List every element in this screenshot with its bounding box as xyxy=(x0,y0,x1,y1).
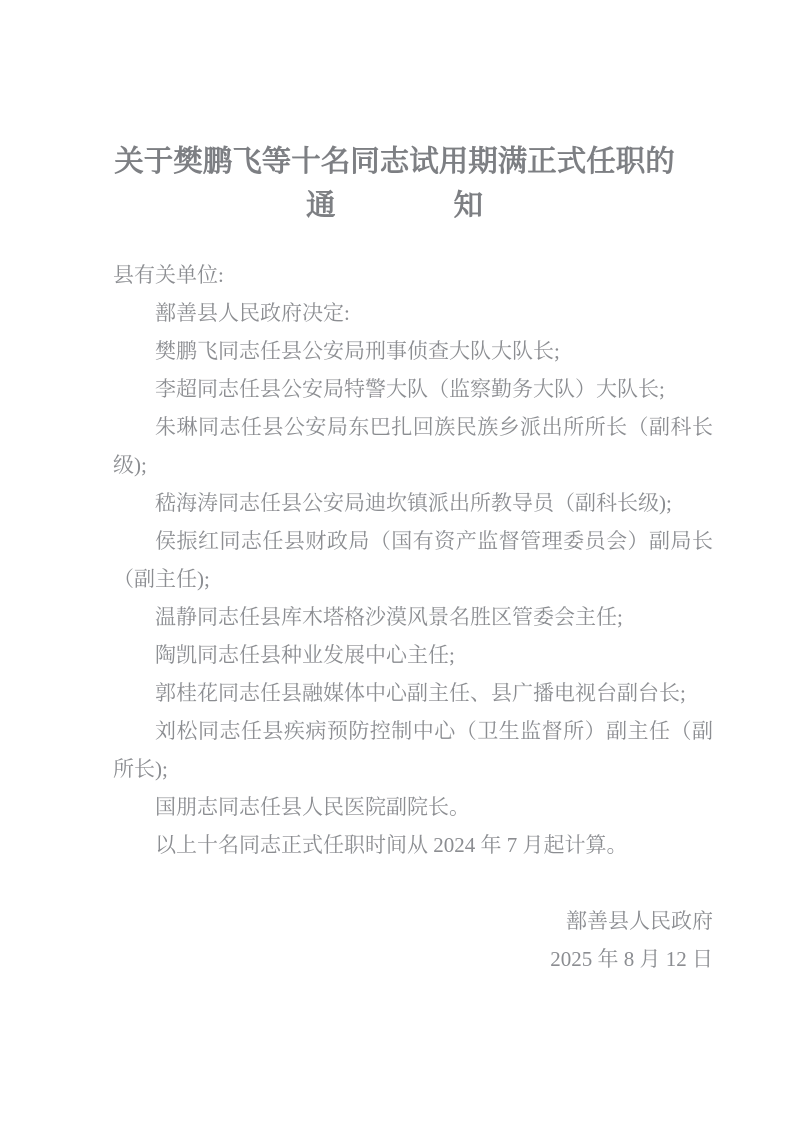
issue-date: 2025 年 8 月 12 日 xyxy=(113,940,713,978)
appointment-line: 郭桂花同志任县融媒体中心副主任、县广播电视台副台长; xyxy=(113,674,713,712)
appointment-line: 陶凯同志任县种业发展中心主任; xyxy=(113,636,713,674)
intro-line: 鄯善县人民政府决定: xyxy=(113,294,713,332)
notice-title-line-1: 关于樊鹏飞等十名同志试用期满正式任职的 xyxy=(0,140,789,184)
notice-body: 县有关单位: 鄯善县人民政府决定: 樊鹏飞同志任县公安局刑事侦查大队大队长; 李… xyxy=(113,256,713,978)
appointment-line: 刘松同志任县疾病预防控制中心（卫生监督所）副主任（副所长); xyxy=(113,712,713,788)
closing-line: 以上十名同志正式任职时间从 2024 年 7 月起计算。 xyxy=(113,826,713,864)
signature-block: 鄯善县人民政府 2025 年 8 月 12 日 xyxy=(113,902,713,978)
appointment-line: 国朋志同志任县人民医院副院长。 xyxy=(113,788,713,826)
appointment-line: 嵇海涛同志任县公安局迪坎镇派出所教导员（副科长级); xyxy=(113,484,713,522)
appointment-line: 樊鹏飞同志任县公安局刑事侦查大队大队长; xyxy=(113,332,713,370)
appointment-line: 侯振红同志任县财政局（国有资产监督管理委员会）副局长（副主任); xyxy=(113,522,713,598)
appointment-line: 李超同志任县公安局特警大队（监察勤务大队）大队长; xyxy=(113,370,713,408)
appointment-line: 温静同志任县库木塔格沙漠风景名胜区管委会主任; xyxy=(113,598,713,636)
salutation-line: 县有关单位: xyxy=(113,256,713,294)
appointment-line: 朱琳同志任县公安局东巴扎回族民族乡派出所所长（副科长级); xyxy=(113,408,713,484)
notice-title-line-2: 通 知 xyxy=(0,184,789,228)
document-page: 关于樊鹏飞等十名同志试用期满正式任职的 通 知 县有关单位: 鄯善县人民政府决定… xyxy=(0,0,789,1125)
issuer-name: 鄯善县人民政府 xyxy=(113,902,713,940)
notice-title: 关于樊鹏飞等十名同志试用期满正式任职的 通 知 xyxy=(0,140,789,228)
